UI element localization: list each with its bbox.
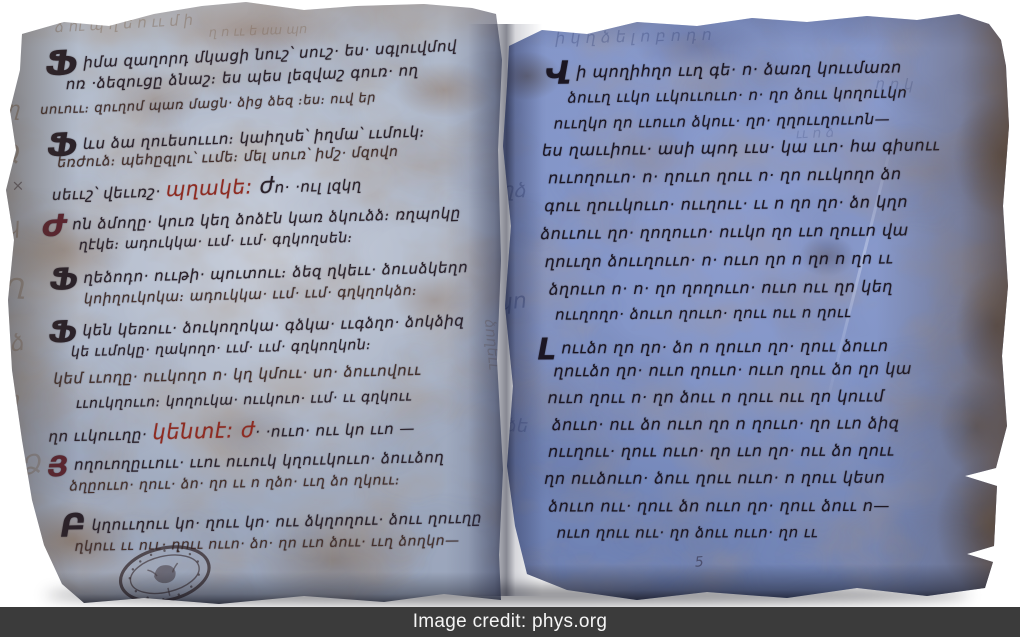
manuscript-line: ոււո ղոււ ոււ· ղո ձոււ ոււո· ղո ււ (557, 525, 818, 540)
manuscript-line: ղո ււկոււղը· կենտէ: ժ· ·ոււո· ոււ կո ււո… (48, 416, 415, 445)
manuscript-line: ղո ոււձոււո· ձոււ ղոււ ոււո· ո ղոււ կեսո (544, 470, 885, 487)
ghost-undertext: ո ղ ե ււ ի կ (645, 8, 724, 25)
ghost-undertext: 5 (694, 554, 704, 571)
manuscript-line: ձոււո ոււ· ղոււ ձո ոււո ղո· ղոււ ձոււ ո— (548, 498, 889, 515)
manuscript-line: սեււշ՝ վեււռշ· պղակե: ժո· ·ուլ լզկղ (52, 173, 363, 205)
ghost-undertext: ձողեււ (481, 318, 503, 370)
manuscript-line: ղոււղո ձոււղոււո· ո· ոււո ղո ո ղո ո ղո ւ… (545, 250, 894, 270)
manuscript-line: գոււ ղոււկոււո· ոււղոււ· ււ ո ղո ղո· ձո … (544, 194, 908, 214)
text-segment: պղակե: (166, 174, 260, 201)
text-segment: ոււղողո· ձոււո ղոււո· ղոււ ոււ ո ղոււ (555, 303, 851, 324)
manuscript-photo: Ֆիմա զաղորդ մկացի նուշ՝ սուշ· ես· սգլուվ… (0, 0, 1020, 607)
text-segment: ղո ււկոււղը· (48, 425, 152, 445)
manuscript-line: ես ղաււիոււ· ասի պոդ ււս· կա ււո· հա գիս… (542, 137, 940, 159)
large-initial: Բ (60, 509, 87, 542)
text-segment: սուոււ։ զուղոմ պառ մացն· ձից ձեզ ։ես։ ու… (40, 91, 376, 118)
text-segment: կենտէ: ժ (152, 418, 255, 444)
manuscript-line: ոււղկո ղո ււոււո ձկոււ· ղո· ղղոււղոււոն— (554, 112, 891, 132)
text-segment: ոււո ղոււ ո· ղո ձոււ ո ղոււ ոււ ղո կոււմ (548, 386, 885, 407)
ghost-undertext: Ղ (5, 272, 28, 306)
text-segment: ոււձո ղո ղո· ձո ո ղոււո ղո· ղոււ ձոււո (561, 336, 888, 357)
ghost-undertext: ի կ ղ ձ ե լ ո բ ո դ ո (555, 25, 712, 48)
text-segment: · ·ոււո· ոււ կո ււո — (255, 419, 415, 441)
large-initial: Ժ (42, 212, 68, 243)
text-segment: ի պողիհղո ււղ գե· ո· ձառղ կոււմառո (576, 57, 902, 81)
text-segment: ոււղկո ղո ււոււո ձկոււ· ղո· ղղոււղոււոն— (554, 110, 891, 133)
caption-bar: Image credit: phys.org (0, 607, 1020, 637)
text-segment: ոււո ղոււ ոււ· ղո ձոււ ոււո· ղո ււ (557, 523, 818, 541)
text-segment: ււուկղոււո։ կողուկա· ոււկուո· ււմ· ււ գղ… (76, 388, 412, 412)
ghost-undertext: Ձ (4, 140, 23, 172)
ghost-undertext: ղ (7, 386, 21, 411)
large-initial: Յ (47, 453, 70, 481)
text-segment: ձոււոււ ղո· ղողոււո· ոււկո ղո ււո ղոււո … (540, 220, 908, 243)
caption-text: Image credit: phys.org (413, 611, 608, 633)
text-segment: ո· ·ուլ լզկղ (274, 176, 362, 197)
text-segment: գոււ ղոււկոււո· ոււղոււ· ււ ո ղո ղո· ձո … (544, 192, 908, 215)
text-segment: ես ղաււիոււ· ասի պոդ ււս· կա ււո· հա գիս… (542, 135, 940, 160)
left-page-text: Ֆիմա զաղորդ մկացի նուշ՝ սուշ· ես· սգլուվ… (4, 0, 506, 608)
right-page-text: Վի պողիհղո ււղ գե· ո· ձառղ կոււմառոձոււղ… (497, 6, 1016, 606)
manuscript-line: սուոււ։ զուղոմ պառ մացն· ձից ձեզ ։ես։ ու… (40, 92, 376, 117)
text-segment: ժ (259, 174, 275, 199)
ghost-undertext: ձ ու պ ղ ե ո ււ մ ի (54, 11, 193, 36)
manuscript-line: ձոււղ ււկո ււկոււոււո· ո· ղո ձոււ կողոււ… (567, 85, 907, 105)
large-initial: Վ (545, 57, 571, 89)
ghost-undertext: ղձ (501, 177, 527, 203)
text-segment: ոն ձմողը· կուռ կեղ ձոձէն կառ ձկուձձ։ ռղպ… (72, 204, 461, 234)
manuscript-line: ոււղողո· ձոււո ղոււո· ղոււ ոււ ո ղոււ (555, 305, 851, 323)
large-initial: Ֆ (49, 265, 79, 296)
text-segment: ոււողոււո· ո· ղոււո ղոււ ո· ղո ոււկողո ձ… (548, 164, 902, 187)
text-segment: ձոււո ոււ· ղոււ ձո ոււո ղո· ղոււ ձոււ ո— (548, 496, 890, 516)
manuscript-line: ձղոււո ո· ո· ղո ղողոււո· ոււո ոււ ղո կեղ (549, 279, 893, 298)
right-page: Վի պողիհղո ււղ գե· ո· ձառղ կոււմառոձոււղ… (497, 6, 1016, 606)
text-segment: սեււշ՝ վեււռշ· (52, 182, 167, 204)
manuscript-line: կեմ ււողը· ոււկողո ո· կղ կմոււ· սո· ձոււ… (53, 363, 421, 387)
text-segment: ղոււղո ձոււղոււո· ո· ոււո ղո ո ղո ո ղո ւ… (545, 248, 894, 271)
manuscript-line: ոււողոււո· ո· ղոււո ղոււ ո· ղո ոււկողո ձ… (548, 166, 902, 186)
text-segment: ոււղոււ· ղոււ ոււո· ղո ււո ղո· ոււ ձո ղո… (548, 441, 894, 461)
manuscript-line: ղոււձո ղո· ոււո ղոււո· ոււո ղոււ ձո ղո կ… (553, 361, 912, 380)
text-segment: ղո ոււձոււո· ձոււ ղոււ ոււո· ո ղոււ կեսո (544, 468, 885, 488)
manuscript-line: ձոււո· ոււ ձո ոււո ղո ո ղոււո· ղո ււո ձի… (552, 415, 900, 433)
ghost-undertext: ղ (7, 96, 22, 121)
text-segment: կեն կեռոււ· ձուկողոկա· գձկա· ււգձղո· ձոկ… (82, 312, 464, 340)
manuscript-line: ոււո ղոււ ո· ղո ձոււ ո ղոււ ոււ ղո կոււմ (548, 388, 885, 406)
text-segment: կեմ ււողը· ոււկողո ո· կղ կմոււ· սո· ձոււ… (53, 361, 421, 388)
text-segment: ձղոււո ո· ո· ղո ղողոււո· ոււո ոււ ղո կեղ (549, 277, 893, 299)
manuscript-line: ււուկղոււո։ կողուկա· ոււկուո· ււմ· ււ գղ… (76, 389, 412, 411)
manuscript-line: ձոււոււ ղո· ղողոււո· ոււկո ղո ււո ղոււո … (540, 222, 908, 242)
ghost-undertext: ձե (505, 415, 528, 437)
text-segment: կղոււղոււ կո· ղոււ կո· ոււ ձկղողոււ· ձու… (91, 509, 482, 534)
left-page: Ֆիմա զաղորդ մկացի նուշ՝ սուշ· ես· սգլուվ… (4, 0, 506, 608)
ghost-undertext: ձ (9, 330, 26, 358)
ghost-undertext: Ճ (4, 51, 22, 82)
manuscript-line: ոււղոււ· ղոււ ոււո· ղո ււո ղո· ոււ ձո ղո… (548, 443, 894, 460)
text-segment: ղոււձո ղո· ոււո ղոււո· ոււո ղոււ ձո ղո կ… (553, 359, 912, 381)
ghost-undertext: կ (5, 214, 22, 241)
ghost-undertext: Ձ (21, 449, 46, 482)
ghost-undertext: կո (498, 288, 528, 316)
text-segment: ձոււո· ոււ ձո ոււո ղո ո ղոււո· ղո ււո ձի… (552, 413, 900, 434)
ghost-undertext: × (12, 176, 25, 194)
text-segment: ողուողըււոււ· ււու ոււուկ կղոււկոււո· ձո… (74, 448, 445, 474)
